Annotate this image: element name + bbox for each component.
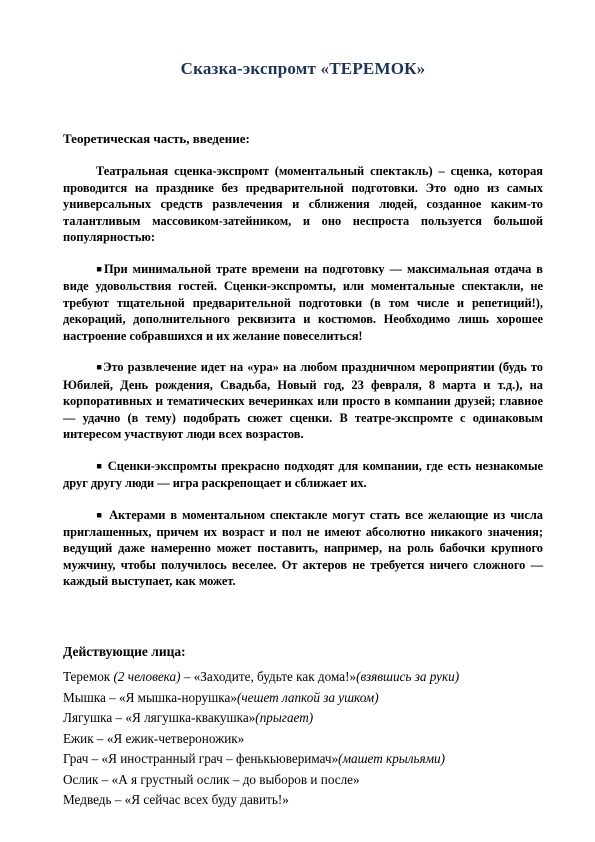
cast-heading: Действующие лица: — [63, 642, 543, 662]
intro-paragraph: Театральная сценка-экспромт (моментальны… — [63, 163, 543, 246]
bullet-marker: ▪ — [96, 510, 109, 520]
intro-paragraph: ▪Это развлечение идет на «ура» на любом … — [63, 359, 543, 442]
stage-direction: (машет крыльями) — [338, 751, 445, 766]
bullet-marker: ▪ — [96, 264, 104, 274]
cast-line: Медведь – «Я сейчас всех буду давить!» — [63, 790, 543, 811]
cast-text: Мышка – «Я мышка-норушка» — [63, 690, 237, 705]
cast-list: Теремок (2 человека) – «Заходите, будьте… — [63, 667, 543, 811]
intro-paragraph: ▪ Сценки-экспромты прекрасно подходят дл… — [63, 458, 543, 492]
bullet-marker: ▪ — [96, 363, 103, 373]
stage-direction: (2 человека) — [114, 669, 181, 684]
cast-text: – «Заходите, будьте как дома!» — [181, 669, 357, 684]
cast-line: Ежик – «Я ежик-четвероножик» — [63, 729, 543, 750]
stage-direction: (взявшись за руки) — [356, 669, 459, 684]
cast-text: Медведь – «Я сейчас всех буду давить!» — [63, 792, 289, 807]
intro-paragraph: ▪ Актерами в моментальном спектакле могу… — [63, 507, 543, 590]
intro-paragraphs: Театральная сценка-экспромт (моментальны… — [63, 163, 543, 590]
cast-text: Ежик – «Я ежик-четвероножик» — [63, 731, 244, 746]
cast-line: Грач – «Я иностранный грач – фенькьювери… — [63, 749, 543, 770]
document-page: Сказка-экспромт «ТЕРЕМОК» Теоретическая … — [0, 0, 595, 842]
bullet-marker: ▪ — [96, 461, 108, 471]
intro-paragraph: ▪При минимальной трате времени на подгот… — [63, 261, 543, 344]
cast-text: Лягушка – «Я лягушка-квакушка» — [63, 710, 255, 725]
stage-direction: (прыгает) — [255, 710, 313, 725]
cast-line: Теремок (2 человека) – «Заходите, будьте… — [63, 667, 543, 688]
cast-text: Ослик – «А я грустный ослик – до выборов… — [63, 772, 360, 787]
cast-text: Теремок — [63, 669, 114, 684]
cast-line: Мышка – «Я мышка-норушка»(чешет лапкой з… — [63, 688, 543, 709]
intro-heading: Теоретическая часть, введение: — [63, 131, 543, 147]
cast-line: Ослик – «А я грустный ослик – до выборов… — [63, 770, 543, 791]
cast-line: Лягушка – «Я лягушка-квакушка»(прыгает) — [63, 708, 543, 729]
document-title: Сказка-экспромт «ТЕРЕМОК» — [63, 58, 543, 79]
stage-direction: (чешет лапкой за ушком) — [237, 690, 379, 705]
cast-text: Грач – «Я иностранный грач – фенькьювери… — [63, 751, 338, 766]
